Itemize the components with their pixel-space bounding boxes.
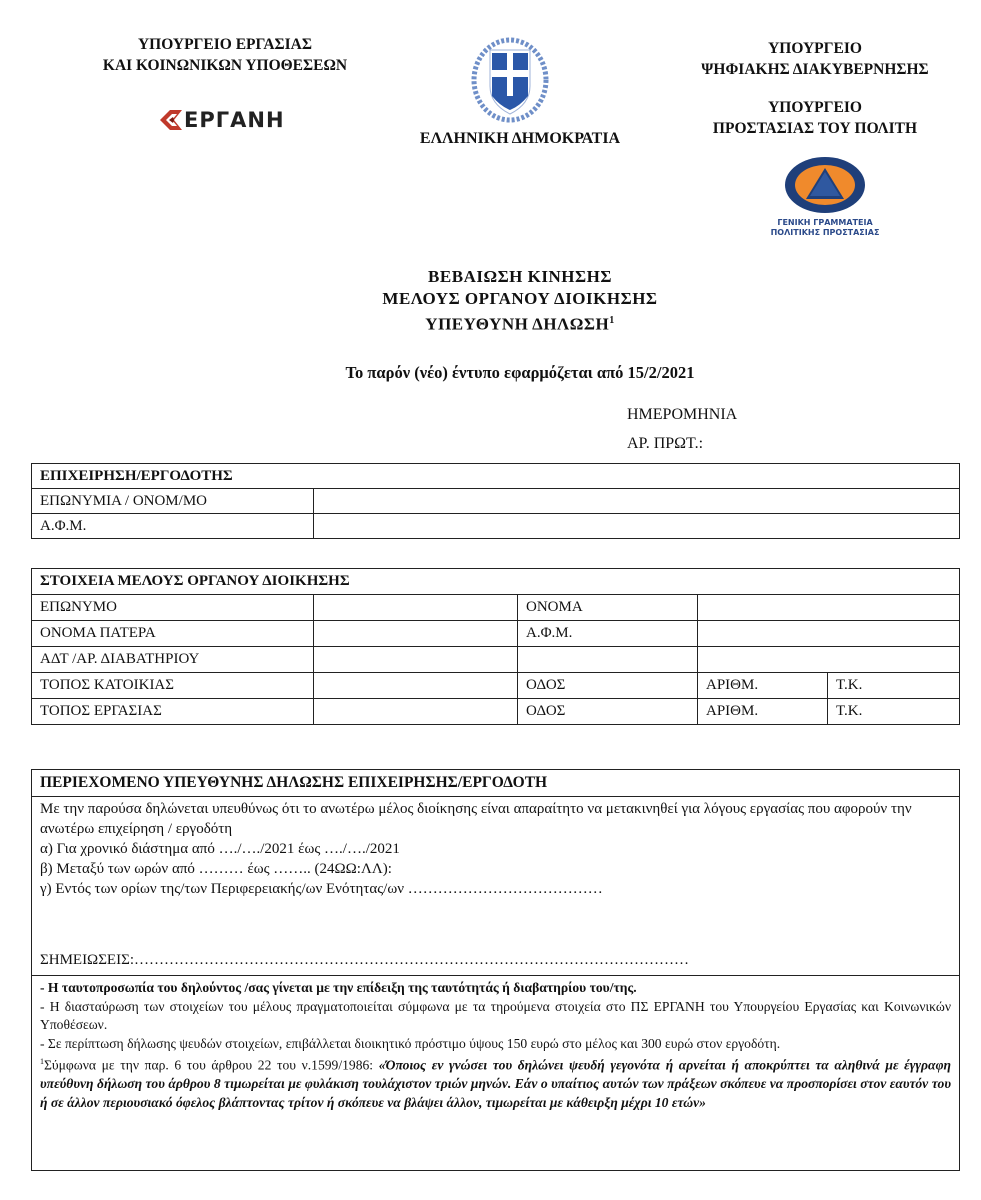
- title-line3-wrap: ΥΠΕΥΘΥΝΗ ΔΗΛΩΣΗ1: [300, 310, 740, 336]
- ministry-citizen-protection-heading: ΥΠΟΥΡΓΕΙΟ ΠΡΟΣΤΑΣΙΑΣ ΤΟΥ ΠΟΛΙΤΗ: [660, 97, 970, 139]
- notes-field[interactable]: ΣΗΜΕΙΩΣΕΙΣ:………………………………………………………………………………: [40, 950, 689, 970]
- civil-protection-logo-icon: [782, 155, 868, 215]
- civil-caption-line2: ΠΟΛΙΤΙΚΗΣ ΠΡΟΣΤΑΣΙΑΣ: [740, 228, 910, 238]
- ministry-digital-heading: ΥΠΟΥΡΓΕΙΟ ΨΗΦΙΑΚΗΣ ΔΙΑΚΥΒΕΡΝΗΣΗΣ: [660, 38, 970, 80]
- id-extra-field-2[interactable]: [698, 647, 960, 673]
- title-line1: ΒΕΒΑΙΩΣΗ ΚΙΝΗΣΗΣ: [300, 266, 740, 288]
- employer-afm-label: Α.Φ.Μ.: [32, 514, 314, 539]
- footnote-prefix: Σύμφωνα με την παρ. 6 του άρθρου 22 του …: [44, 1058, 379, 1073]
- title-footnote-marker: 1: [609, 315, 615, 326]
- civil-protection-caption: ΓΕΝΙΚΗ ΓΡΑΜΜΑΤΕΙΑ ΠΟΛΙΤΙΚΗΣ ΠΡΟΣΤΑΣΙΑΣ: [740, 218, 910, 238]
- ministry-labour-line1: ΥΠΟΥΡΓΕΙΟ ΕΡΓΑΣΙΑΣ: [60, 34, 390, 55]
- father-name-field[interactable]: [314, 621, 518, 647]
- table-row: ΑΔΤ /ΑΡ. ΔΙΑΒΑΤΗΡΙΟΥ: [32, 647, 960, 673]
- member-table-header-row: ΣΤΟΙΧΕΙΑ ΜΕΛΟΥΣ ΟΡΓΑΝΟΥ ΔΙΟΙΚΗΣΗΣ: [32, 569, 960, 595]
- id-extra-field[interactable]: [518, 647, 698, 673]
- ministry-citizen-line2: ΠΡΟΣΤΑΣΙΑΣ ΤΟΥ ΠΟΛΙΤΗ: [660, 118, 970, 139]
- table-row: ΤΟΠΟΣ ΕΡΓΑΣΙΑΣ ΟΔΟΣ ΑΡΙΘΜ. Τ.Κ.: [32, 699, 960, 725]
- member-table: ΣΤΟΙΧΕΙΑ ΜΕΛΟΥΣ ΟΡΓΑΝΟΥ ΔΙΟΙΚΗΣΗΣ ΕΠΩΝΥΜ…: [31, 568, 960, 725]
- title-line3: ΥΠΕΥΘΥΝΗ ΔΗΛΩΣΗ: [425, 315, 609, 334]
- ergani-arrow-icon: [158, 108, 184, 132]
- declaration-box: ΠΕΡΙΕΧΟΜΕΝΟ ΥΠΕΥΘΥΝΗΣ ΔΗΛΩΣΗΣ ΕΠΙΧΕΙΡΗΣΗ…: [31, 769, 960, 1171]
- protocol-number-label: ΑΡ. ΠΡΩΤ.:: [627, 435, 703, 453]
- id-passport-label: ΑΔΤ /ΑΡ. ΔΙΑΒΑΤΗΡΙΟΥ: [32, 647, 314, 673]
- residence-field[interactable]: [314, 673, 518, 699]
- residence-street-label: ΟΔΟΣ: [518, 673, 698, 699]
- table-row: ΟΝΟΜΑ ΠΑΤΕΡΑ Α.Φ.Μ.: [32, 621, 960, 647]
- declaration-period-line[interactable]: α) Για χρονικό διάστημα από …./…./2021 έ…: [40, 839, 951, 859]
- date-label: ΗΜΕΡΟΜΗΝΙΑ: [627, 406, 737, 424]
- surname-field[interactable]: [314, 595, 518, 621]
- title-line2: ΜΕΛΟΥΣ ΟΡΓΑΝΟΥ ΔΙΟΙΚΗΣΗΣ: [300, 288, 740, 310]
- ergani-logo: ΕΡΓΑΝΗ: [158, 104, 288, 136]
- declaration-hours-line[interactable]: β) Μεταξύ των ωρών από ……… έως …….. (24Ω…: [40, 859, 951, 879]
- ministry-labour-line2: ΚΑΙ ΚΟΙΝΩΝΙΚΩΝ ΥΠΟΘΕΣΕΩΝ: [60, 55, 390, 76]
- document-title: ΒΕΒΑΙΩΣΗ ΚΙΝΗΣΗΣ ΜΕΛΟΥΣ ΟΡΓΑΝΟΥ ΔΙΟΙΚΗΣΗ…: [300, 266, 740, 336]
- first-name-field[interactable]: [698, 595, 960, 621]
- member-table-heading: ΣΤΟΙΧΕΙΑ ΜΕΛΟΥΣ ΟΡΓΑΝΟΥ ΔΙΟΙΚΗΣΗΣ: [32, 569, 960, 595]
- ergani-logo-text: ΕΡΓΑΝΗ: [184, 108, 285, 132]
- greek-coat-of-arms-icon: [470, 36, 550, 124]
- ministry-digital-line2: ΨΗΦΙΑΚΗΣ ΔΙΑΚΥΒΕΡΝΗΣΗΣ: [660, 59, 970, 80]
- member-afm-label: Α.Φ.Μ.: [518, 621, 698, 647]
- employer-name-label: ΕΠΩΝΥΜΙΑ / ΟΝΟΜ/ΜΟ: [32, 489, 314, 514]
- ministry-citizen-line1: ΥΠΟΥΡΓΕΙΟ: [660, 97, 970, 118]
- note-verification: - Η διασταύρωση των στοιχείων του μέλους…: [40, 998, 951, 1035]
- document-subtitle: Το παρόν (νέο) έντυπο εφαρμόζεται από 15…: [250, 363, 790, 383]
- first-name-label: ΟΝΟΜΑ: [518, 595, 698, 621]
- hellenic-republic-label: ΕΛΛΗΝΙΚΗ ΔΗΜΟΚΡΑΤΙΑ: [390, 130, 650, 148]
- workplace-label: ΤΟΠΟΣ ΕΡΓΑΣΙΑΣ: [32, 699, 314, 725]
- ministry-digital-line1: ΥΠΟΥΡΓΕΙΟ: [660, 38, 970, 59]
- employer-name-field[interactable]: [314, 489, 960, 514]
- residence-number-label: ΑΡΙΘΜ.: [698, 673, 828, 699]
- workplace-field[interactable]: [314, 699, 518, 725]
- table-row: ΕΠΩΝΥΜΟ ΟΝΟΜΑ: [32, 595, 960, 621]
- declaration-region-line[interactable]: γ) Εντός των ορίων της/των Περιφερειακής…: [40, 879, 951, 899]
- residence-label: ΤΟΠΟΣ ΚΑΤΟΙΚΙΑΣ: [32, 673, 314, 699]
- employer-afm-field[interactable]: [314, 514, 960, 539]
- note-identity: - Η ταυτοπροσωπία του δηλούντος /σας γίν…: [40, 979, 951, 998]
- workplace-street-label: ΟΔΟΣ: [518, 699, 698, 725]
- declaration-intro: Με την παρούσα δηλώνεται υπευθύνως ότι τ…: [40, 799, 951, 839]
- workplace-postcode-label: Τ.Κ.: [828, 699, 960, 725]
- id-passport-field[interactable]: [314, 647, 518, 673]
- residence-postcode-label: Τ.Κ.: [828, 673, 960, 699]
- civil-caption-line1: ΓΕΝΙΚΗ ΓΡΑΜΜΑΤΕΙΑ: [740, 218, 910, 228]
- ministry-labour-heading: ΥΠΟΥΡΓΕΙΟ ΕΡΓΑΣΙΑΣ ΚΑΙ ΚΟΙΝΩΝΙΚΩΝ ΥΠΟΘΕΣ…: [60, 34, 390, 76]
- declaration-heading: ΠΕΡΙΕΧΟΜΕΝΟ ΥΠΕΥΘΥΝΗΣ ΔΗΛΩΣΗΣ ΕΠΙΧΕΙΡΗΣΗ…: [32, 770, 959, 797]
- father-name-label: ΟΝΟΜΑ ΠΑΤΕΡΑ: [32, 621, 314, 647]
- declaration-notes: - Η ταυτοπροσωπία του δηλούντος /σας γίν…: [32, 975, 959, 1112]
- table-row: Α.Φ.Μ.: [32, 514, 960, 539]
- employer-table-header-row: ΕΠΙΧΕΙΡΗΣΗ/ΕΡΓΟΔΟΤΗΣ: [32, 464, 960, 489]
- legal-footnote: 1Σύμφωνα με την παρ. 6 του άρθρου 22 του…: [40, 1053, 951, 1112]
- workplace-number-label: ΑΡΙΘΜ.: [698, 699, 828, 725]
- table-row: ΕΠΩΝΥΜΙΑ / ΟΝΟΜ/ΜΟ: [32, 489, 960, 514]
- member-afm-field[interactable]: [698, 621, 960, 647]
- employer-table-heading: ΕΠΙΧΕΙΡΗΣΗ/ΕΡΓΟΔΟΤΗΣ: [32, 464, 960, 489]
- table-row: ΤΟΠΟΣ ΚΑΤΟΙΚΙΑΣ ΟΔΟΣ ΑΡΙΘΜ. Τ.Κ.: [32, 673, 960, 699]
- surname-label: ΕΠΩΝΥΜΟ: [32, 595, 314, 621]
- note-penalty: - Σε περίπτωση δήλωσης ψευδών στοιχείων,…: [40, 1035, 951, 1054]
- employer-table: ΕΠΙΧΕΙΡΗΣΗ/ΕΡΓΟΔΟΤΗΣ ΕΠΩΝΥΜΙΑ / ΟΝΟΜ/ΜΟ …: [31, 463, 960, 539]
- declaration-body: Με την παρούσα δηλώνεται υπευθύνως ότι τ…: [32, 797, 959, 975]
